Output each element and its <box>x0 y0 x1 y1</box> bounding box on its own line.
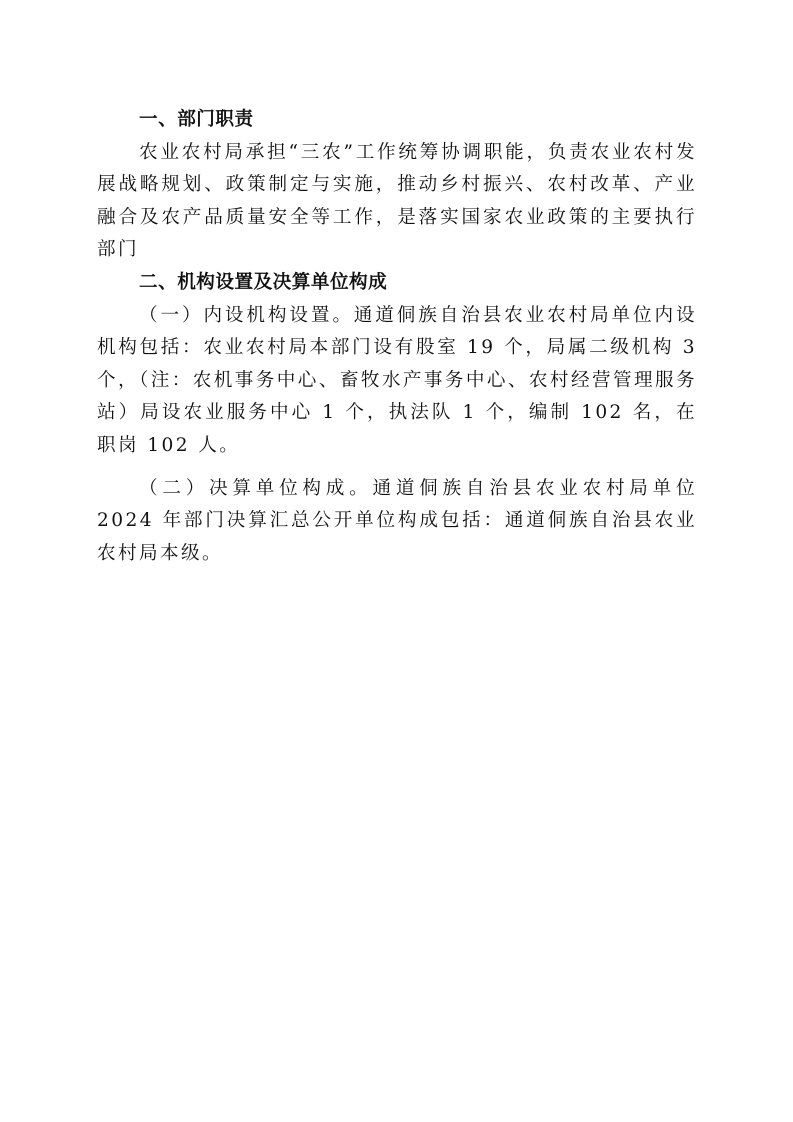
section-organization: 二、机构设置及决算单位构成 （一）内设机构设置。通道侗族自治县农业农村局单位内设… <box>97 267 697 570</box>
section-heading: 二、机构设置及决算单位构成 <box>97 267 697 300</box>
section-department-duties: 一、部门职责 农业农村局承担“三农”工作统筹协调职能，负责农业农村发展战略规划、… <box>97 104 697 267</box>
duties-paragraph: 农业农村局承担“三农”工作统筹协调职能，负责农业农村发展战略规划、政策制定与实施… <box>97 137 697 267</box>
section-heading: 一、部门职责 <box>97 104 697 137</box>
accounting-units-paragraph: （二）决算单位构成。通道侗族自治县农业农村局单位 2024 年部门决算汇总公开单… <box>97 473 697 571</box>
paragraph-spacer <box>97 463 697 473</box>
document-page: 一、部门职责 农业农村局承担“三农”工作统筹协调职能，负责农业农村发展战略规划、… <box>97 104 697 570</box>
internal-structure-paragraph: （一）内设机构设置。通道侗族自治县农业农村局单位内设机构包括：农业农村局本部门设… <box>97 300 697 463</box>
